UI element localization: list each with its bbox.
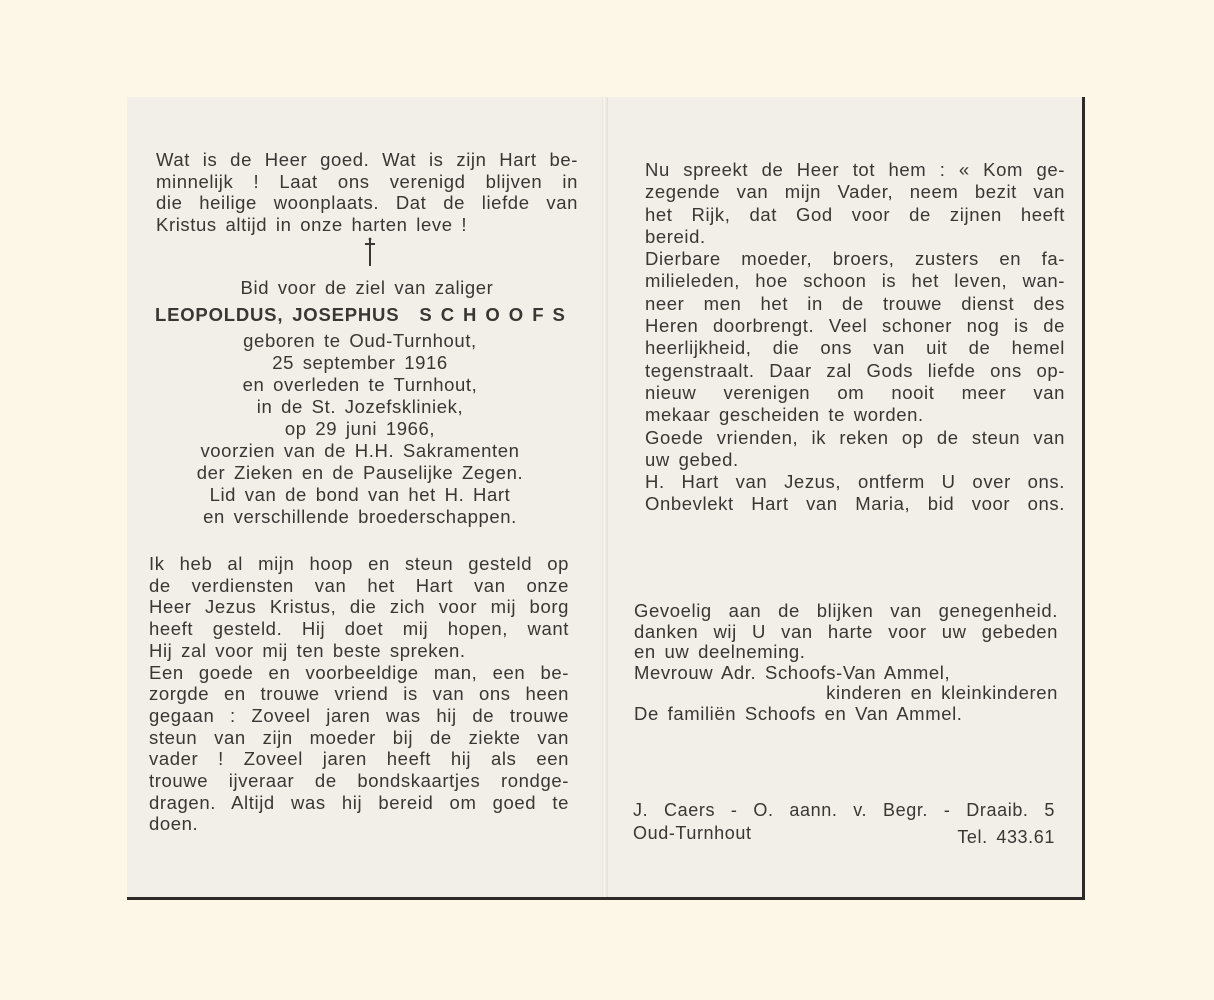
intro-line: minnelijk ! Laat ons verenigd blijven in (156, 171, 578, 193)
memorial-card: Wat is de Heer goed. Wat is zijn Hart be… (127, 97, 1085, 900)
cross-icon (364, 237, 376, 267)
message-line: milieleden, hoe schoon is het leven, wan… (645, 270, 1065, 292)
bio-line: in de St. Jozefskliniek, (155, 396, 565, 418)
tribute-line: Een goede en voorbeeldige man, een be- (149, 662, 569, 684)
tribute-line: heeft gesteld. Hij doet mij hopen, want (149, 618, 569, 640)
thanks-line: danken wij U van harte voor uw gebeden (634, 622, 1058, 643)
tribute-line: trouwe ijveraar de bondskaartjes rondge- (149, 770, 569, 792)
message-line: Onbevlekt Hart van Maria, bid voor ons. (645, 493, 1065, 515)
message-line: Nu spreekt de Heer tot hem : « Kom ge- (645, 159, 1065, 181)
deceased-name: LEOPOLDUS, JOSEPHUSSCHOOFS (155, 304, 579, 326)
bio-line: geboren te Oud-Turnhout, (155, 330, 565, 352)
bio-line: en overleden te Turnhout, (155, 374, 565, 396)
card-fold (602, 97, 608, 897)
given-names: LEOPOLDUS, JOSEPHUS (155, 304, 399, 325)
tribute-line: doen. (149, 813, 569, 835)
message-line: Heren doorbrengt. Veel schoner nog is de (645, 315, 1065, 337)
tribute-line: Hij zal voor mij ten beste spreken. (149, 640, 569, 662)
tribute-text: Ik heb al mijn hoop en steun gesteld op … (149, 553, 569, 835)
tribute-line: vader ! Zoveel jaren heeft hij als een (149, 748, 569, 770)
bio-line: en verschillende broederschappen. (155, 506, 565, 528)
intro-line: die heilige woonplaats. Dat de liefde va… (156, 192, 578, 214)
bio-line: voorzien van de H.H. Sakramenten (155, 440, 565, 462)
prayer-request: Bid voor de ziel van zaliger (155, 277, 579, 299)
bio-line: op 29 juni 1966, (155, 418, 565, 440)
printer-contact: Oud-Turnhout Tel. 433.61 (633, 822, 1055, 849)
thanks-line: en uw deelneming. (634, 642, 1058, 663)
signature-children: kinderen en kleinkinderen (634, 683, 1058, 704)
thanks-line: Gevoelig aan de blijken van genegenheid. (634, 601, 1058, 622)
tribute-line: gegaan : Zoveel jaren was hij de trouwe (149, 705, 569, 727)
message-line: het Rijk, dat God voor de zijnen heeft (645, 204, 1065, 226)
tribute-line: dragen. Altijd was hij bereid om goed te (149, 792, 569, 814)
tribute-line: Ik heb al mijn hoop en steun gesteld op (149, 553, 569, 575)
message-line: uw gebed. (645, 449, 1065, 471)
printer-imprint: J. Caers - O. aann. v. Begr. - Draaib. 5… (633, 799, 1055, 849)
message-line: heerlijkheid, die ons van uit de hemel (645, 337, 1065, 359)
bio-line: Lid van de bond van het H. Hart (155, 484, 565, 506)
printer-line: J. Caers - O. aann. v. Begr. - Draaib. 5 (633, 799, 1055, 822)
message-line: Goede vrienden, ik reken op de steun van (645, 427, 1065, 449)
message-line: zegende van mijn Vader, neem bezit van (645, 181, 1065, 203)
signature-widow: Mevrouw Adr. Schoofs-Van Ammel, (634, 663, 1058, 684)
tribute-line: steun van zijn moeder bij de ziekte van (149, 727, 569, 749)
intro-line: Kristus altijd in onze harten leve ! (156, 214, 578, 236)
message-line: bereid. (645, 226, 1065, 248)
thanks-text: Gevoelig aan de blijken van genegenheid.… (634, 601, 1058, 724)
message-line: mekaar gescheiden te worden. (645, 404, 1065, 426)
message-text: Nu spreekt de Heer tot hem : « Kom ge- z… (645, 159, 1065, 516)
printer-town: Oud-Turnhout (633, 822, 752, 849)
intro-line: Wat is de Heer goed. Wat is zijn Hart be… (156, 149, 578, 171)
signature-families: De familiën Schoofs en Van Ammel. (634, 704, 1058, 725)
bio-line: 25 september 1916 (155, 352, 565, 374)
message-line: neer men het in de trouwe dienst des (645, 293, 1065, 315)
tribute-line: Heer Jezus Kristus, die zich voor mij bo… (149, 596, 569, 618)
printer-phone: Tel. 433.61 (957, 826, 1055, 849)
tribute-line: de verdiensten van het Hart van onze (149, 575, 569, 597)
message-line: Dierbare moeder, broers, zusters en fa- (645, 248, 1065, 270)
bio-line: der Zieken en de Pauselijke Zegen. (155, 462, 565, 484)
message-line: nieuw verenigen om nooit meer van (645, 382, 1065, 404)
obituary-heading: Bid voor de ziel van zaliger LEOPOLDUS, … (155, 277, 579, 325)
message-line: tegenstraalt. Daar zal Gods liefde ons o… (645, 360, 1065, 382)
intro-verse: Wat is de Heer goed. Wat is zijn Hart be… (156, 149, 578, 235)
biography: geboren te Oud-Turnhout, 25 september 19… (155, 330, 565, 528)
surname: SCHOOFS (419, 304, 573, 325)
message-line: H. Hart van Jezus, ontferm U over ons. (645, 471, 1065, 493)
tribute-line: zorgde en trouwe vriend is van ons heen (149, 683, 569, 705)
